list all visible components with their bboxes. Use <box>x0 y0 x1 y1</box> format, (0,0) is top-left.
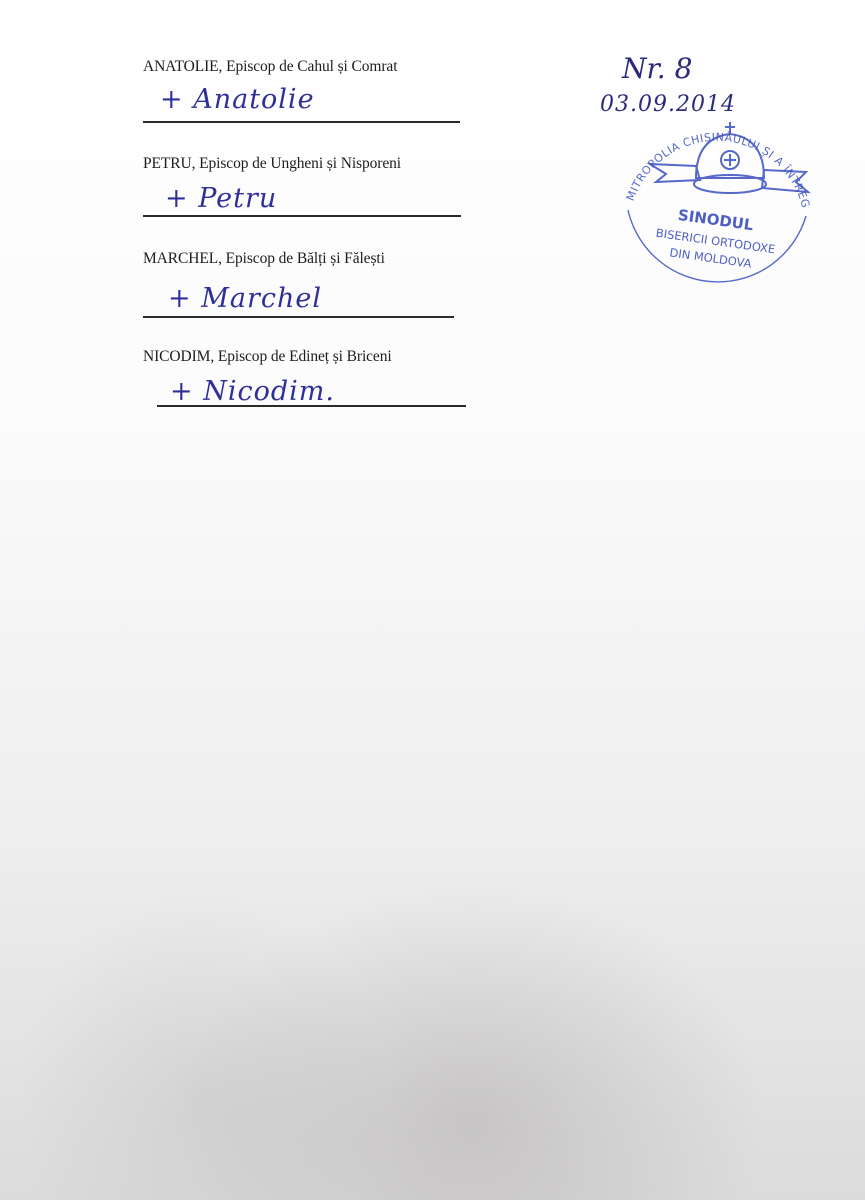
signature-line <box>157 405 466 407</box>
signature-nicodim: + Nicodim. <box>170 376 335 407</box>
registration-number: Nr. 8 <box>622 52 692 85</box>
synod-stamp: MITROPOLIA CHIȘINĂULUI ȘI A ÎNTREGII MOL… <box>610 88 820 303</box>
signature-marchel: + Marchel <box>168 283 322 314</box>
signature-line <box>143 316 454 318</box>
mitre-crown-icon <box>650 122 808 193</box>
stamp-seal-icon: MITROPOLIA CHIȘINĂULUI ȘI A ÎNTREGII MOL… <box>610 88 820 303</box>
signature-line <box>143 215 461 217</box>
signatory-title-nicodim: NICODIM, Episcop de Edineț și Briceni <box>143 348 392 366</box>
signatory-title-marchel: MARCHEL, Episcop de Bălți și Fălești <box>143 250 385 268</box>
signature-anatolie: + Anatolie <box>160 84 315 115</box>
signature-petru: + Petru <box>165 183 277 214</box>
signatory-title-petru: PETRU, Episcop de Ungheni și Nisporeni <box>143 155 401 173</box>
signature-line <box>143 121 460 123</box>
signatory-title-anatolie: ANATOLIE, Episcop de Cahul și Comrat <box>143 58 397 76</box>
